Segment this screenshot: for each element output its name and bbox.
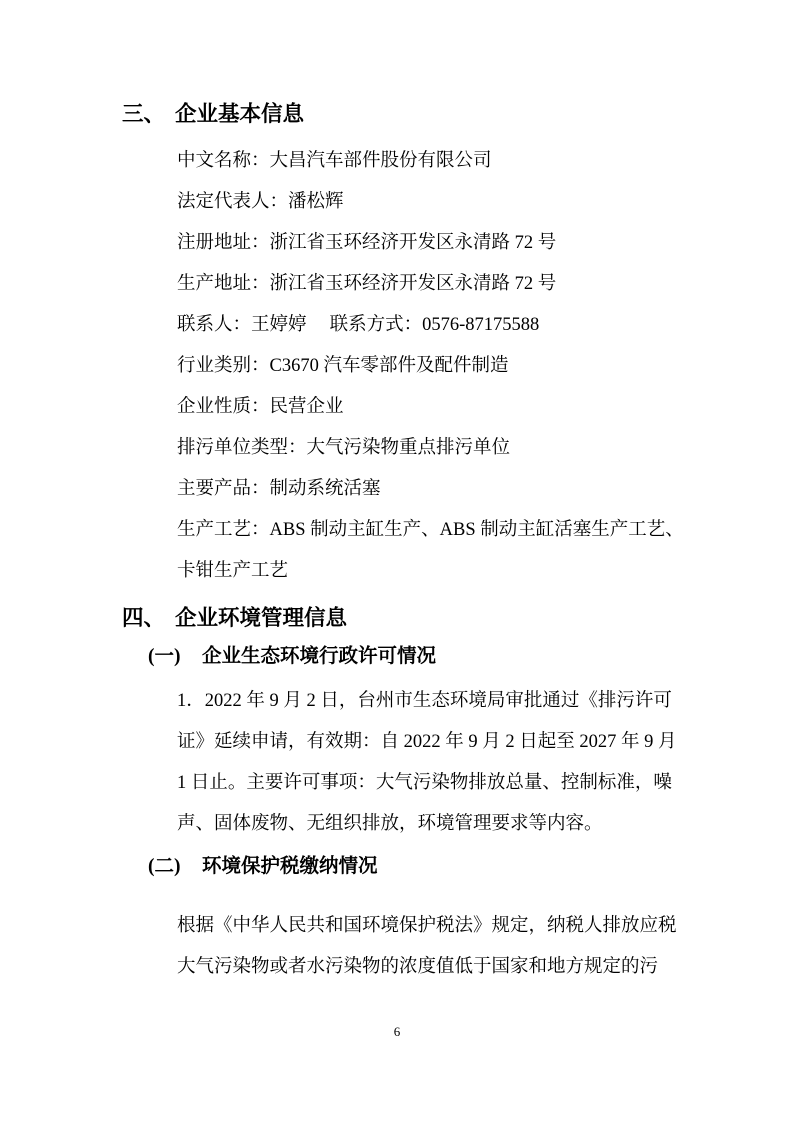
section-heading-3: 三、企业基本信息 bbox=[122, 101, 304, 128]
info-line-main-products: 主要产品：制动系统活塞 bbox=[177, 477, 381, 501]
subsection-heading-1: (一)企业生态环境行政许可情况 bbox=[148, 644, 436, 669]
subsection-heading-2: (二)环境保护税缴纳情况 bbox=[148, 854, 378, 879]
info-line-production-address: 生产地址：浙江省玉环经济开发区永清路 72 号 bbox=[177, 272, 556, 296]
info-line-contact: 联系人：王婷婷 联系方式：0576-87175588 bbox=[177, 313, 539, 337]
info-line-registered-address: 注册地址：浙江省玉环经济开发区永清路 72 号 bbox=[177, 231, 556, 255]
paragraph-line: 证》延续申请，有效期：自 2022 年 9 月 2 日起至 2027 年 9 月 bbox=[177, 730, 677, 754]
info-line-industry-category: 行业类别：C3670 汽车零部件及配件制造 bbox=[177, 354, 508, 378]
info-line-production-process-1: 生产工艺：ABS 制动主缸生产、ABS 制动主缸活塞生产工艺、 bbox=[177, 518, 684, 542]
paragraph-line: 1 日止。主要许可事项：大气污染物排放总量、控制标准，噪 bbox=[177, 771, 672, 795]
subsection-number: (一) bbox=[148, 644, 202, 669]
info-line-polluter-type: 排污单位类型：大气污染物重点排污单位 bbox=[177, 436, 510, 460]
section-number: 三、 bbox=[122, 101, 175, 128]
info-line-enterprise-nature: 企业性质：民营企业 bbox=[177, 395, 344, 419]
document-page: 三、企业基本信息 中文名称：大昌汽车部件股份有限公司 法定代表人：潘松辉 注册地… bbox=[0, 0, 794, 1123]
subsection-number: (二) bbox=[148, 854, 202, 879]
paragraph-line: 根据《中华人民共和国环境保护税法》规定，纳税人排放应税 bbox=[177, 914, 677, 938]
page-number: 6 bbox=[0, 1024, 794, 1040]
info-line-chinese-name: 中文名称：大昌汽车部件股份有限公司 bbox=[177, 149, 492, 173]
info-line-production-process-2: 卡钳生产工艺 bbox=[177, 559, 288, 583]
section-title: 企业环境管理信息 bbox=[175, 606, 347, 630]
paragraph-line: 声、固体废物、无组织排放，环境管理要求等内容。 bbox=[177, 812, 603, 836]
info-line-legal-representative: 法定代表人：潘松辉 bbox=[177, 190, 344, 214]
section-number: 四、 bbox=[122, 605, 175, 632]
subsection-title: 环境保护税缴纳情况 bbox=[202, 856, 378, 877]
paragraph-line: 大气污染物或者水污染物的浓度值低于国家和地方规定的污 bbox=[177, 955, 658, 979]
subsection-title: 企业生态环境行政许可情况 bbox=[202, 646, 436, 667]
paragraph-line: 1．2022 年 9 月 2 日，台州市生态环境局审批通过《排污许可 bbox=[177, 689, 672, 713]
section-heading-4: 四、企业环境管理信息 bbox=[122, 605, 347, 632]
section-title: 企业基本信息 bbox=[175, 102, 304, 126]
